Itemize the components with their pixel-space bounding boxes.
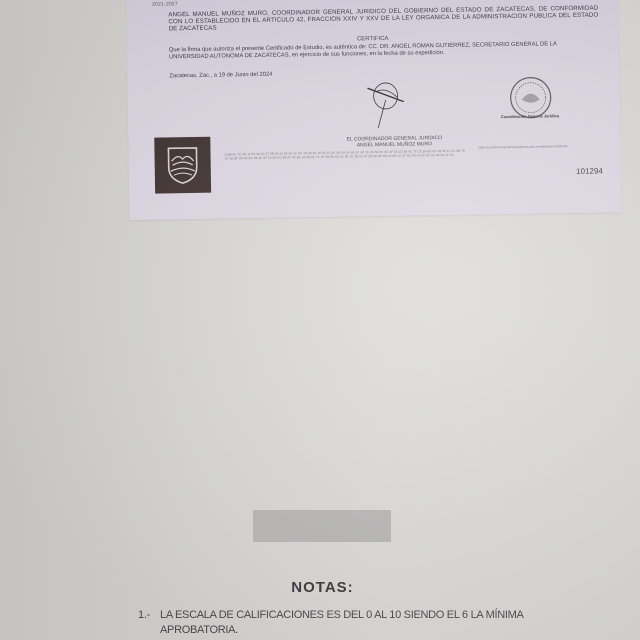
note-item: 1.- LA ESCALA DE CALIFICACIONES ES DEL 0…: [138, 608, 538, 638]
validation-url: https://coordinacionjuridica.zacatecas.g…: [478, 144, 598, 150]
legal-paragraph: ANGEL MANUEL MUÑOZ MURO, COORDINADOR GEN…: [168, 5, 598, 33]
signer-name: ANGEL MANUEL MUÑOZ MURO: [324, 141, 464, 149]
note-text: LA ESCALA DE CALIFICACIONES ES DEL 0 AL …: [160, 608, 538, 638]
signature-icon: [363, 79, 414, 130]
note-number: 1.-: [138, 608, 160, 638]
redacted-block: [253, 510, 391, 542]
certification-sticker: 2021-2027 83467/KN ANGEL MANUEL MUÑOZ MU…: [126, 0, 621, 220]
period-label: 2021-2027: [152, 1, 178, 7]
university-logo: [154, 137, 211, 194]
notas-heading: NOTAS:: [0, 579, 640, 596]
seal-caption: Coordinación General Jurídica: [500, 113, 560, 119]
shield-icon: [165, 145, 200, 186]
issue-date: Zacatecas, Zac., a 19 de Junio del 2024: [169, 72, 272, 80]
signer-block: EL COORDINADOR GENERAL JURIDICO ANGEL MA…: [324, 135, 464, 149]
digital-signature-chain: Cadena: 7C 8E 11 E4 0A 6A 72 9B 5A 44 8F…: [225, 149, 467, 161]
folio-number: 101294: [576, 167, 603, 176]
